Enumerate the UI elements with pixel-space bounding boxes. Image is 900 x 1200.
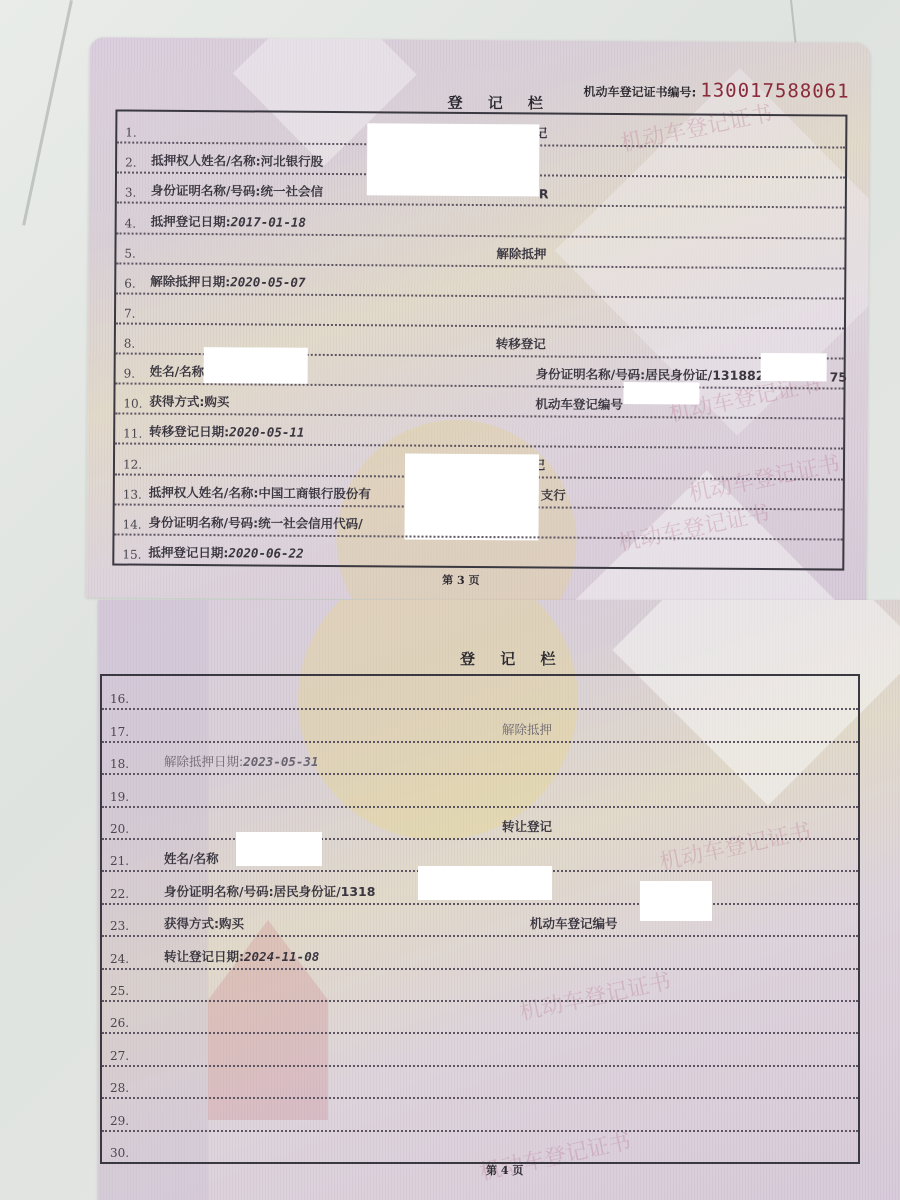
row-number: 4.: [125, 216, 137, 230]
field: 抵押权人姓名/名称:河北银行股: [151, 151, 323, 170]
field-value-tail: R: [539, 187, 549, 202]
field: 解除抵押日期:2023-05-31: [164, 752, 318, 770]
row-number: 21.: [110, 854, 129, 868]
redaction-box: [418, 866, 552, 900]
right-field-label: 身份证明名称/号码:: [536, 367, 646, 383]
register-row: 26.: [102, 1000, 858, 1034]
row-number: 14.: [123, 517, 142, 531]
field: 姓名/名称: [164, 849, 219, 867]
field-label: 转让登记日期:: [164, 949, 244, 964]
register-row: 25.: [102, 968, 858, 1002]
field-value: 2020-06-22: [228, 545, 303, 561]
field: 获得方式:购买: [149, 392, 229, 411]
field: 转让登记日期:2024-11-08: [164, 947, 319, 965]
page-number: 第 4 页: [486, 1162, 523, 1178]
row-number: 6.: [124, 276, 136, 290]
row-number: 3.: [125, 186, 137, 200]
field-value: 居民身份证/1318: [274, 884, 376, 899]
row-number: 29.: [110, 1114, 129, 1128]
certificate-number-value: 130017588061: [700, 80, 849, 103]
register-row: 30.: [102, 1130, 858, 1162]
field-label: 身份证明名称/号码:: [151, 183, 261, 199]
field-value: 2023-05-31: [243, 754, 318, 769]
row-number: 30.: [110, 1146, 129, 1160]
section-heading: 转移登记: [496, 334, 546, 352]
row-number: 20.: [110, 822, 129, 836]
right-field-label: 机动车登记编号: [535, 397, 623, 413]
row-number: 25.: [110, 984, 129, 998]
registration-grid: 16.17.解除抵押18.解除抵押日期:2023-05-3119.20.转让登记…: [100, 674, 860, 1164]
field-value: 中国工商银行股份有: [258, 485, 371, 501]
row-number: 12.: [123, 457, 142, 471]
redaction-box: [640, 881, 712, 921]
row-number: 8.: [124, 337, 136, 351]
sheet-title: 登 记 栏: [460, 648, 565, 669]
row-number: 17.: [110, 725, 129, 739]
field-value-tail: 支行: [541, 485, 566, 503]
register-row: 23.获得方式:购买机动车登记编号: [102, 903, 858, 937]
row-number: 28.: [110, 1081, 129, 1095]
row-number: 19.: [110, 790, 129, 804]
register-row: 27.: [102, 1032, 858, 1066]
page-number: 第 3 页: [442, 572, 479, 588]
register-row: 20.转让登记: [102, 806, 858, 840]
field: 身份证明名称/号码:统一社会信: [151, 181, 323, 200]
field-label: 姓名/名称: [150, 364, 205, 379]
row-number: 26.: [110, 1016, 129, 1030]
row-number: 16.: [110, 692, 129, 706]
right-field-value: 居民身份证/131882: [645, 367, 764, 383]
field-value: 购买: [219, 916, 244, 931]
field-value: 2020-05-07: [230, 274, 305, 290]
redaction-box: [623, 382, 699, 405]
field-label: 抵押权人姓名/名称:: [151, 153, 261, 169]
redaction-box: [236, 832, 322, 866]
field-value: 河北银行股: [261, 154, 324, 169]
redaction-box: [761, 353, 827, 381]
row-number: 11.: [123, 427, 142, 441]
right-field: 身份证明名称/号码:居民身份证/131882: [536, 365, 765, 385]
field-value: 统一社会信用代码/: [258, 515, 363, 531]
row-number: 22.: [110, 887, 129, 901]
sheet-title: 登 记 栏: [447, 92, 553, 114]
row-number: 24.: [110, 952, 129, 966]
field-label: 抵押登记日期:: [148, 545, 228, 561]
field: 抵押权人姓名/名称:中国工商银行股份有: [149, 482, 371, 502]
register-row: 15.抵押登记日期:2020-06-22: [114, 533, 842, 568]
field-value: 2024-11-08: [244, 949, 319, 964]
certificate-page-3: 机动车登记证书 机动车登记证书 机动车登记证书 机动车登记证书 机动车登记证书编…: [86, 37, 870, 602]
field-label: 获得方式:: [164, 916, 219, 931]
field-label: 抵押登记日期:: [151, 213, 231, 229]
register-row: 24.转让登记日期:2024-11-08: [102, 935, 858, 969]
field: 解除抵押日期:2020-05-07: [150, 271, 305, 290]
field: 姓名/名称: [150, 362, 205, 380]
section-heading: 转让登记: [502, 817, 552, 835]
field-label: 姓名/名称: [164, 851, 219, 866]
right-field-tail: 75: [830, 370, 848, 385]
right-field: 机动车登记编号: [530, 914, 618, 932]
field-label: 解除抵押日期:: [150, 273, 230, 289]
field-value: 统一社会信: [260, 184, 323, 199]
section-heading: 解除抵押: [502, 720, 552, 738]
row-number: 13.: [123, 487, 142, 501]
marble-vein: [22, 0, 73, 226]
register-row: 17.解除抵押: [102, 708, 858, 742]
certificate-number: 机动车登记证书编号:130017588061: [583, 79, 849, 103]
register-row: 19.: [102, 773, 858, 807]
field-value: 购买: [204, 394, 229, 409]
row-number: 27.: [110, 1049, 129, 1063]
field-label: 身份证明名称/号码:: [149, 515, 259, 531]
row-number: 9.: [124, 367, 136, 381]
section-heading: 解除抵押: [496, 244, 546, 262]
register-row: 16.: [102, 676, 858, 710]
row-number: 1.: [125, 126, 137, 140]
row-number: 7.: [124, 306, 136, 320]
right-field: 机动车登记编号: [535, 395, 623, 414]
field-label: 转移登记日期:: [149, 424, 229, 440]
register-row: 18.解除抵押日期:2023-05-31: [102, 741, 858, 775]
right-field-label: 机动车登记编号: [530, 916, 618, 931]
field: 转移登记日期:2020-05-11: [149, 422, 304, 441]
field: 抵押登记日期:2017-01-18: [151, 211, 306, 230]
register-row: 29.: [102, 1097, 858, 1131]
field-label: 获得方式:: [149, 394, 204, 409]
registration-grid: 1.抵押登记2.抵押权人姓名/名称:河北银行股3.身份证明名称/号码:统一社会信…: [112, 109, 847, 570]
row-number: 18.: [110, 757, 129, 771]
row-number: 5.: [124, 246, 136, 260]
certificate-number-label: 机动车登记证书编号:: [583, 85, 696, 100]
field: 抵押登记日期:2020-06-22: [148, 543, 303, 562]
row-number: 15.: [122, 548, 141, 562]
field-label: 解除抵押日期:: [164, 754, 243, 769]
field-label: 身份证明名称/号码:: [164, 884, 274, 899]
field-label: 抵押权人姓名/名称:: [149, 484, 259, 500]
row-number: 23.: [110, 919, 129, 933]
field: 身份证明名称/号码:统一社会信用代码/: [149, 513, 363, 532]
certificate-page-4: 机动车登记证书 机动车登记证书 机动车登记证书 登 记 栏 16.17.解除抵押…: [98, 600, 900, 1200]
register-row: 28.: [102, 1065, 858, 1099]
field: 获得方式:购买: [164, 914, 244, 932]
field-value: 2020-05-11: [229, 425, 304, 441]
row-number: 10.: [123, 397, 142, 411]
field-value: 2017-01-18: [231, 214, 306, 230]
field: 身份证明名称/号码:居民身份证/1318: [164, 882, 375, 900]
redaction-box: [204, 347, 308, 384]
row-number: 2.: [125, 156, 137, 170]
